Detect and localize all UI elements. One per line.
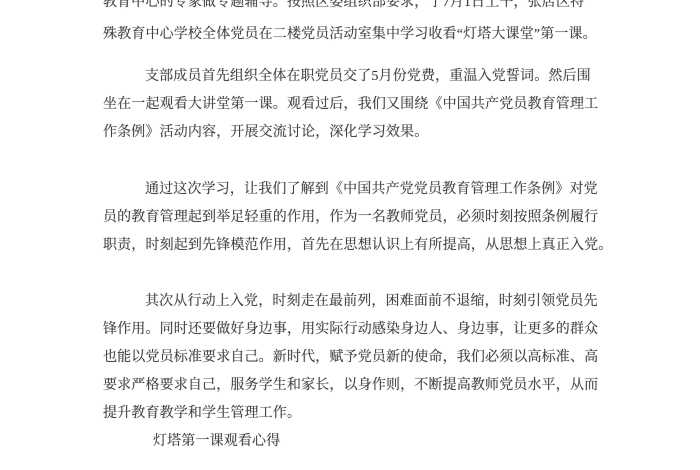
document-page: 教育中心的专家做专题辅导。按照区委组织部要求，于7月1日上午，张店区特 殊教育中… (0, 0, 700, 470)
document-line: 也能以党员标准要求自己。新时代，赋予党员新的使命，我们必须以高标准、高 (103, 349, 598, 367)
document-line: 教育中心的专家做专题辅导。按照区委组织部要求，于7月1日上午，张店区特 (103, 0, 584, 12)
document-closing-line: 灯塔第一课观看心得 (103, 433, 280, 451)
document-line: 坐在一起观看大讲堂第一课。观看过后，我们又围绕《中国共产党员教育管理工 (103, 96, 598, 114)
document-line: 员的教育管理起到举足轻重的作用，作为一名教师党员，必须时刻按照条例履行 (103, 209, 598, 227)
document-line: 要求严格要求自己，服务学生和家长，以身作则，不断提高教师党员水平，从而 (103, 377, 598, 395)
document-line: 职责，时刻起到先锋模范作用，首先在思想认识上有所提高，从思想上真正入党。 (103, 237, 612, 255)
document-line: 其次从行动上入党，时刻走在最前列，困难面前不退缩，时刻引领党员先 (103, 293, 598, 311)
document-line: 殊教育中心学校全体党员在二楼党员活动室集中学习收看“灯塔大课堂”第一课。 (103, 26, 597, 44)
document-line: 锋作用。同时还要做好身边事，用实际行动感染身边人、身边事，让更多的群众 (103, 321, 598, 339)
document-line: 提升教育教学和学生管理工作。 (103, 405, 301, 423)
document-line: 作条例》活动内容，开展交流讨论，深化学习效果。 (103, 124, 428, 142)
document-line: 通过这次学习，让我们了解到《中国共产党党员教育管理工作条例》对党 (103, 181, 598, 199)
document-line: 支部成员首先组织全体在职党员交了5月份党费，重温入党誓词。然后围 (103, 68, 591, 86)
